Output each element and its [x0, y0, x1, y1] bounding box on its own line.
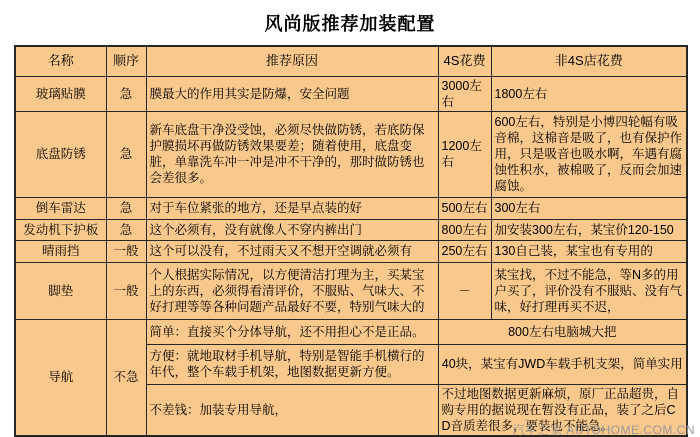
cell-name: 导航 [15, 319, 106, 436]
table-row: 晴雨挡 一般 这个可以没有，不过雨天又不想开空调就必须有 250左右 130自己… [15, 240, 687, 262]
cell-reason: 膜最大的作用其实是防爆，安全问题 [146, 76, 438, 111]
cell-reason: 这个可以没有，不过雨天又不想开空调就必须有 [146, 240, 438, 262]
cell-name: 发动机下护板 [15, 219, 106, 240]
cell-cost-4s: 800左右 [438, 219, 491, 240]
cell-order: 急 [106, 219, 146, 240]
cell-reason: 这个必须有，没有就像人不穿内裤出门 [146, 219, 438, 240]
column-header-order: 顺序 [106, 46, 146, 76]
table-row-nav-1: 导航 不急 简单：直接买个分体导航，还不用担心不是正品。 800左右电脑城大把 [15, 319, 687, 344]
cell-cost-non4s: 加安装300左右，某宝价120-150 [491, 219, 687, 240]
watermark: 汽车之家 AUTOHOME.COM.CN [513, 421, 695, 437]
cell-cost-non4s: 300左右 [491, 197, 687, 219]
cell-cost-4s: 250左右 [438, 240, 491, 262]
cell-reason: 对于车位紧张的地方，还是早点装的好 [146, 197, 438, 219]
table-row: 发动机下护板 急 这个必须有，没有就像人不穿内裤出门 800左右 加安装300左… [15, 219, 687, 240]
column-header-reason: 推荐原因 [146, 46, 438, 76]
cell-name: 晴雨挡 [15, 240, 106, 262]
cell-cost-merged: 800左右电脑城大把 [438, 319, 687, 344]
cell-reason: 新车底盘干净没受蚀，必须尽快做防锈，若底防保护膜损坏再做防锈效果要差；随着使用，… [146, 111, 438, 197]
table-row: 底盘防锈 急 新车底盘干净没受蚀，必须尽快做防锈，若底防保护膜损坏再做防锈效果要… [15, 111, 687, 197]
table-row: 倒车雷达 急 对于车位紧张的地方，还是早点装的好 500左右 300左右 [15, 197, 687, 219]
cell-name: 脚垫 [15, 262, 106, 319]
column-header-name: 名称 [15, 46, 106, 76]
page-title: 风尚版推荐加装配置 [0, 10, 700, 36]
column-header-cost-4s: 4S花费 [438, 46, 491, 76]
cell-name: 倒车雷达 [15, 197, 106, 219]
cell-order: 急 [106, 197, 146, 219]
cell-order: 急 [106, 76, 146, 111]
cell-reason: 简单：直接买个分体导航，还不用担心不是正品。 [146, 319, 438, 344]
cell-cost-non4s: 600左右，特别是小博四轮幅有吸音棉，这棉音是吸了，也有保护作用，只是吸音也吸水… [491, 111, 687, 197]
cell-order: 不急 [106, 319, 146, 436]
header-row: 名称 顺序 推荐原因 4S花费 非4S店花费 [15, 46, 687, 76]
cell-cost-4s: － [438, 262, 491, 319]
cell-reason: 不差钱：加装专用导航， [146, 384, 438, 436]
cell-name: 玻璃贴膜 [15, 76, 106, 111]
cell-reason: 方便：就地取材手机导航，特别是智能手机横行的年代，整个车载手机架，地图数据更新方… [146, 344, 438, 384]
cell-cost-non4s: 1800左右 [491, 76, 687, 111]
cell-cost-4s: 1200左右 [438, 111, 491, 197]
cell-cost-non4s: 某宝找，不过不能急，等N多的用户买了，评价没有不服贴、没有气味，好打理再买不迟， [491, 262, 687, 319]
cell-cost-non4s: 130自己装，某宝也有专用的 [491, 240, 687, 262]
cell-reason: 个人根据实际情况，以方便清洁打理为主，买某宝上的东西，必须得看清评价，不服贴、气… [146, 262, 438, 319]
column-header-cost-non4s: 非4S店花费 [491, 46, 687, 76]
cell-order: 一般 [106, 240, 146, 262]
cell-cost-4s: 3000左右 [438, 76, 491, 111]
config-table: 名称 顺序 推荐原因 4S花费 非4S店花费 玻璃贴膜 急 膜最大的作用其实是防… [14, 45, 688, 437]
cell-order: 急 [106, 111, 146, 197]
cell-name: 底盘防锈 [15, 111, 106, 197]
table-row: 玻璃贴膜 急 膜最大的作用其实是防爆，安全问题 3000左右 1800左右 [15, 76, 687, 111]
table-row: 脚垫 一般 个人根据实际情况，以方便清洁打理为主，买某宝上的东西，必须得看清评价… [15, 262, 687, 319]
cell-cost-4s: 500左右 [438, 197, 491, 219]
cell-cost-merged: 40块，某宝有JWD车载手机支架，简单实用 [438, 344, 687, 384]
cell-order: 一般 [106, 262, 146, 319]
